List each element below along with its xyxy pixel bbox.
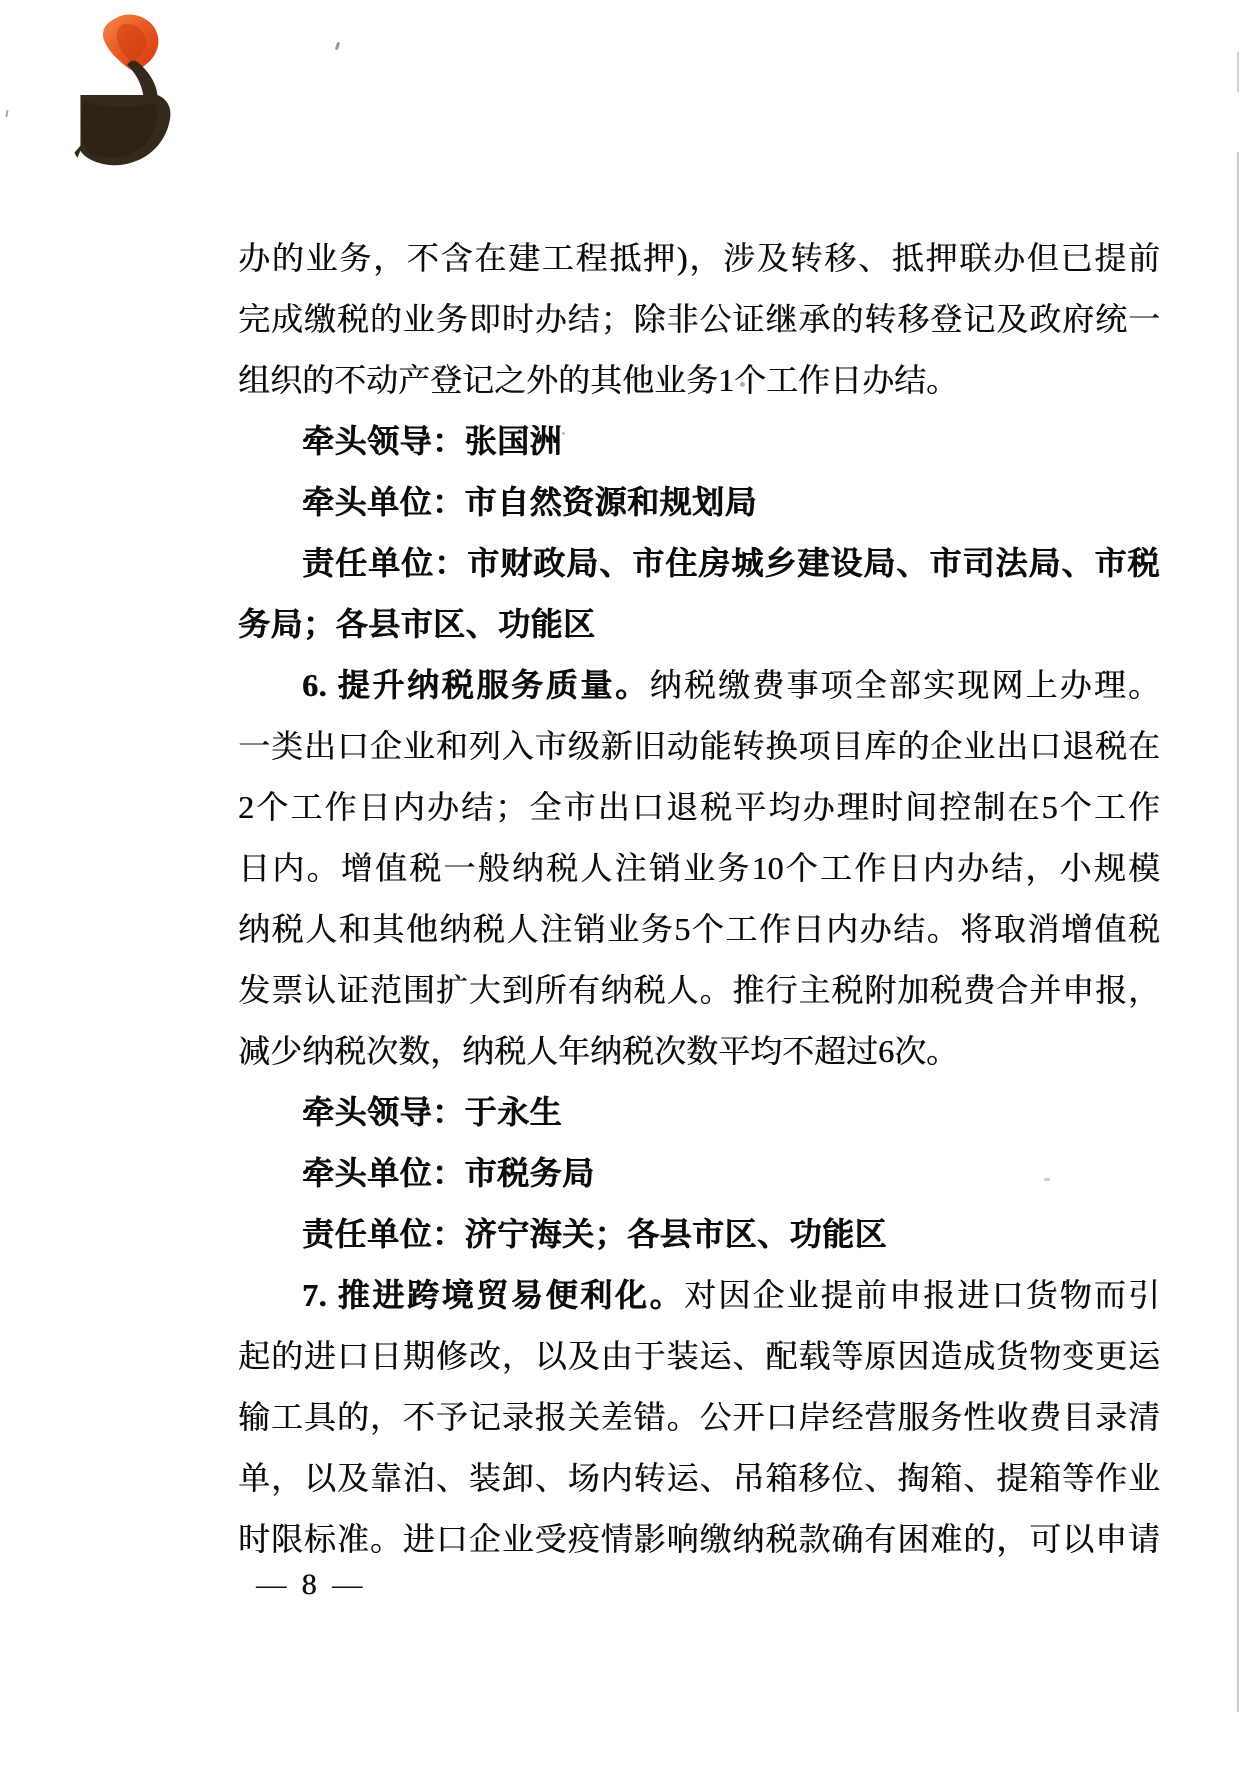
text-segment: 完成缴税的业务即时办结；除非公证继承的转移登记及政府统一	[238, 301, 1160, 337]
text-line: 日内。增值税一般纳税人注销业务10个工作日内办结，小规模	[238, 838, 1160, 899]
text-line: 务局；各县市区、功能区	[238, 594, 1160, 655]
text-segment: 纳税缴费事项全部实现网上办理。	[650, 667, 1160, 703]
text-segment: 发票认证范围扩大到所有纳税人。推行主税附加税费合并申报，	[238, 972, 1160, 1008]
text-line: 6. 提升纳税服务质量。纳税缴费事项全部实现网上办理。	[238, 655, 1160, 716]
scan-speck	[335, 42, 340, 51]
text-line: 完成缴税的业务即时办结；除非公证继承的转移登记及政府统一	[238, 289, 1160, 350]
scan-speck	[666, 1240, 670, 1243]
text-line: 单，以及靠泊、装卸、场内转运、吊箱移位、掏箱、提箱等作业	[238, 1448, 1160, 1509]
text-line: 一类出口企业和列入市级新旧动能转换项目库的企业出口退税在	[238, 716, 1160, 777]
text-line: 7. 推进跨境贸易便利化。对因企业提前申报进口货物而引	[238, 1265, 1160, 1326]
text-block: 办的业务，不含在建工程抵押)，涉及转移、抵押联办但已提前完成缴税的业务即时办结；…	[238, 228, 1160, 1570]
text-segment: 日内。增值税一般纳税人注销业务10个工作日内办结，小规模	[238, 850, 1160, 886]
bold-text-segment: 务局；各县市区、功能区	[238, 606, 596, 642]
bold-text-segment: 牵头领导：张国洲	[302, 423, 562, 459]
text-line: 起的进口日期修改，以及由于装运、配载等原因造成货物变更运	[238, 1326, 1160, 1387]
bold-text-segment: 7. 推进跨境贸易便利化。	[302, 1277, 684, 1313]
text-line: 纳税人和其他纳税人注销业务5个工作日内办结。将取消增值税	[238, 899, 1160, 960]
text-segment: 起的进口日期修改，以及由于装运、配载等原因造成货物变更运	[238, 1338, 1160, 1374]
text-line: 牵头领导：于永生	[238, 1082, 1160, 1143]
text-segment: 一类出口企业和列入市级新旧动能转换项目库的企业出口退税在	[238, 728, 1160, 764]
text-line: 时限标准。进口企业受疫情影响缴纳税款确有困难的，可以申请	[238, 1509, 1160, 1570]
text-line: 输工具的，不予记录报关差错。公开口岸经营服务性收费目录清	[238, 1387, 1160, 1448]
text-segment: 时限标准。进口企业受疫情影响缴纳税款确有困难的，可以申请	[238, 1521, 1160, 1557]
text-line: 组织的不动产登记之外的其他业务1个工作日办结。	[238, 350, 1160, 411]
text-line: 牵头单位：市税务局	[238, 1143, 1160, 1204]
text-line: 牵头单位：市自然资源和规划局	[238, 472, 1160, 533]
page-number: — 8 —	[256, 1568, 366, 1602]
text-segment: 2个工作日内办结；全市出口退税平均办理时间控制在5个工作	[238, 789, 1160, 825]
bold-text-segment: 责任单位：市财政局、市住房城乡建设局、市司法局、市税	[302, 545, 1160, 581]
text-line: 办的业务，不含在建工程抵押)，涉及转移、抵押联办但已提前	[238, 228, 1160, 289]
torch-emblem-icon	[70, 10, 182, 172]
text-segment: 办的业务，不含在建工程抵押)，涉及转移、抵押联办但已提前	[238, 240, 1160, 276]
scan-speck	[1044, 1178, 1050, 1181]
bold-text-segment: 牵头领导：于永生	[302, 1094, 562, 1130]
document-page: 办的业务，不含在建工程抵押)，涉及转移、抵押联办但已提前完成缴税的业务即时办结；…	[0, 0, 1242, 1779]
bold-text-segment: 牵头单位：市自然资源和规划局	[302, 484, 757, 520]
text-segment: 单，以及靠泊、装卸、场内转运、吊箱移位、掏箱、提箱等作业	[238, 1460, 1160, 1496]
scan-speck	[5, 110, 8, 117]
text-line: 发票认证范围扩大到所有纳税人。推行主税附加税费合并申报，	[238, 960, 1160, 1021]
scan-speck	[740, 382, 745, 387]
text-line: 责任单位：济宁海关；各县市区、功能区	[238, 1204, 1160, 1265]
text-segment: 输工具的，不予记录报关差错。公开口岸经营服务性收费目录清	[238, 1399, 1160, 1435]
text-line: 牵头领导：张国洲	[238, 411, 1160, 472]
text-segment: 组织的不动产登记之外的其他业务1个工作日办结。	[238, 362, 958, 398]
text-segment: 减少纳税次数，纳税人年纳税次数平均不超过6次。	[238, 1033, 958, 1069]
text-line: 减少纳税次数，纳税人年纳税次数平均不超过6次。	[238, 1021, 1160, 1082]
bold-text-segment: 牵头单位：市税务局	[302, 1155, 595, 1191]
scan-speck	[562, 432, 565, 435]
text-line: 2个工作日内办结；全市出口退税平均办理时间控制在5个工作	[238, 777, 1160, 838]
bold-text-segment: 责任单位：济宁海关；各县市区、功能区	[302, 1216, 887, 1252]
scan-edge-line	[1237, 52, 1239, 1712]
bold-text-segment: 6. 提升纳税服务质量。	[302, 667, 650, 703]
text-segment: 纳税人和其他纳税人注销业务5个工作日内办结。将取消增值税	[238, 911, 1160, 947]
text-line: 责任单位：市财政局、市住房城乡建设局、市司法局、市税	[238, 533, 1160, 594]
text-segment: 对因企业提前申报进口货物而引	[684, 1277, 1160, 1313]
